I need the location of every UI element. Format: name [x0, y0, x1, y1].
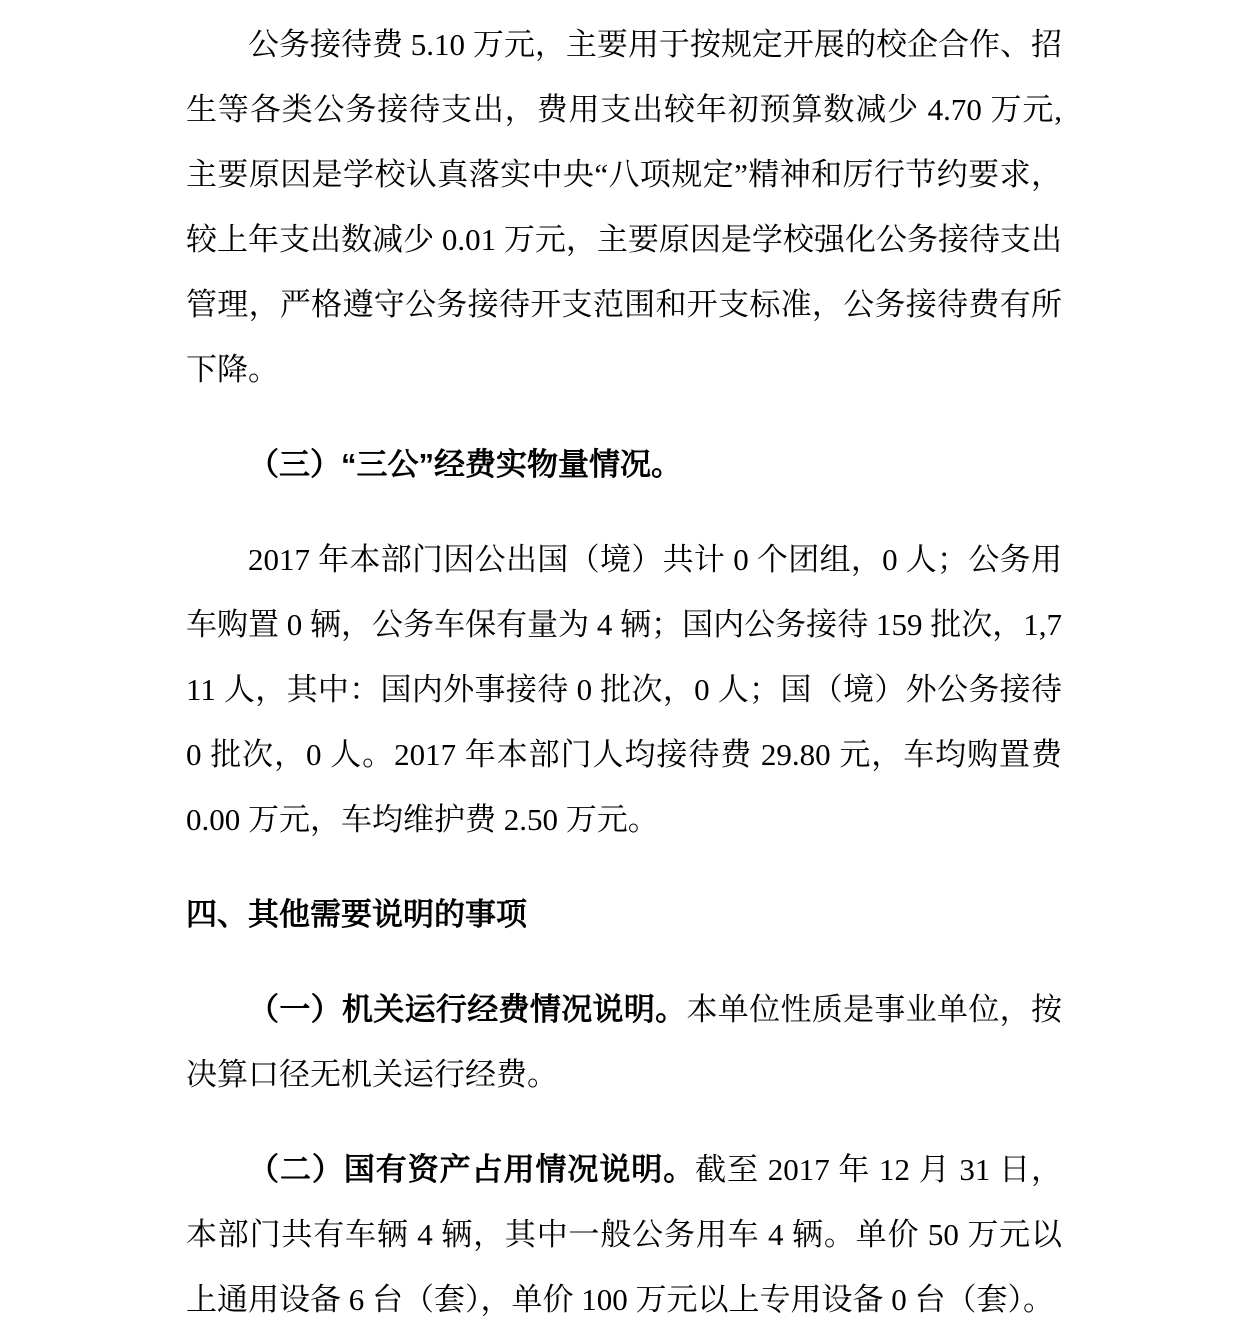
section-heading: 四、其他需要说明的事项	[186, 882, 1062, 947]
bold-text-segment: （一）机关运行经费情况说明。	[248, 992, 686, 1027]
body-paragraph: （二）国有资产占用情况说明。截至 2017 年 12 月 31 日，本部门共有车…	[186, 1137, 1062, 1332]
text-segment: 公务接待费 5.10 万元，主要用于按规定开展的校企合作、招生等各类公务接待支出…	[186, 27, 1062, 387]
bold-text-segment: （二）国有资产占用情况说明。	[248, 1152, 695, 1187]
body-paragraph: 公务接待费 5.10 万元，主要用于按规定开展的校企合作、招生等各类公务接待支出…	[186, 12, 1062, 402]
body-paragraph: 2017 年本部门因公出国（境）共计 0 个团组，0 人；公务用车购置 0 辆，…	[186, 527, 1062, 852]
document-page: 公务接待费 5.10 万元，主要用于按规定开展的校企合作、招生等各类公务接待支出…	[0, 0, 1240, 1334]
text-segment: 2017 年本部门因公出国（境）共计 0 个团组，0 人；公务用车购置 0 辆，…	[186, 542, 1062, 837]
bold-text-segment: 四、其他需要说明的事项	[186, 897, 527, 932]
subsection-heading: （三）“三公”经费实物量情况。	[186, 432, 1062, 497]
body-paragraph: （一）机关运行经费情况说明。本单位性质是事业单位，按决算口径无机关运行经费。	[186, 977, 1062, 1107]
document-body: 公务接待费 5.10 万元，主要用于按规定开展的校企合作、招生等各类公务接待支出…	[186, 12, 1062, 1332]
bold-text-segment: （三）“三公”经费实物量情况。	[248, 447, 682, 482]
